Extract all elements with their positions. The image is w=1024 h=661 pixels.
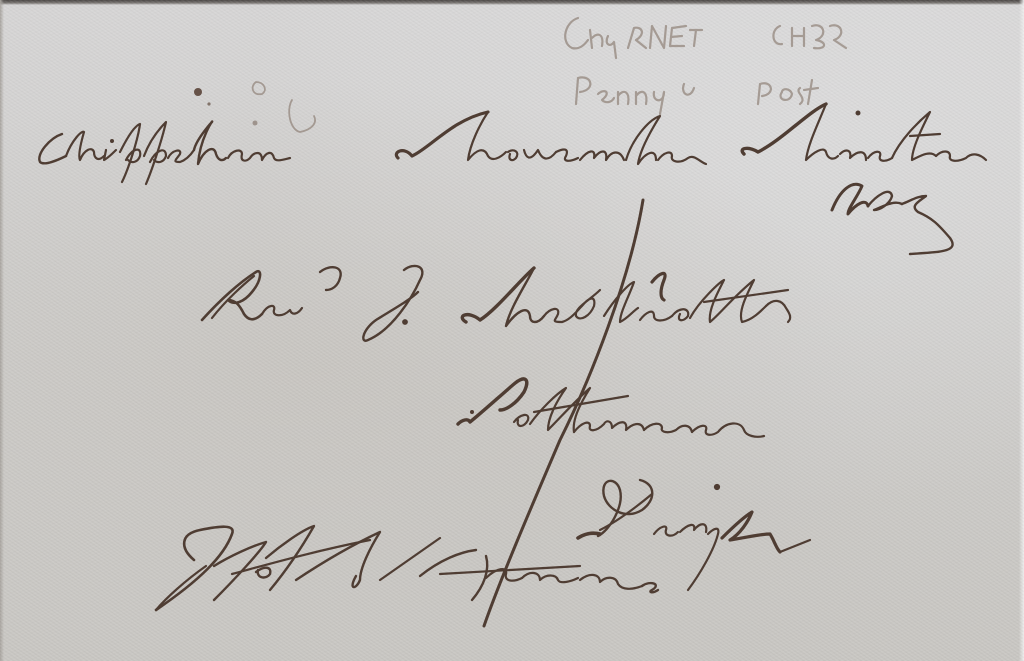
envelope: CHIPPENHAM Penny Post Chippenham Novembe… <box>0 0 1024 661</box>
address-name <box>202 266 790 341</box>
frank-date-line-2 <box>832 184 953 254</box>
handwriting-layer <box>0 0 1024 661</box>
frank-date-line-1 <box>39 104 986 184</box>
address-town <box>578 480 810 590</box>
signature <box>156 526 658 610</box>
postmark <box>194 18 846 132</box>
address-locality <box>458 379 764 437</box>
